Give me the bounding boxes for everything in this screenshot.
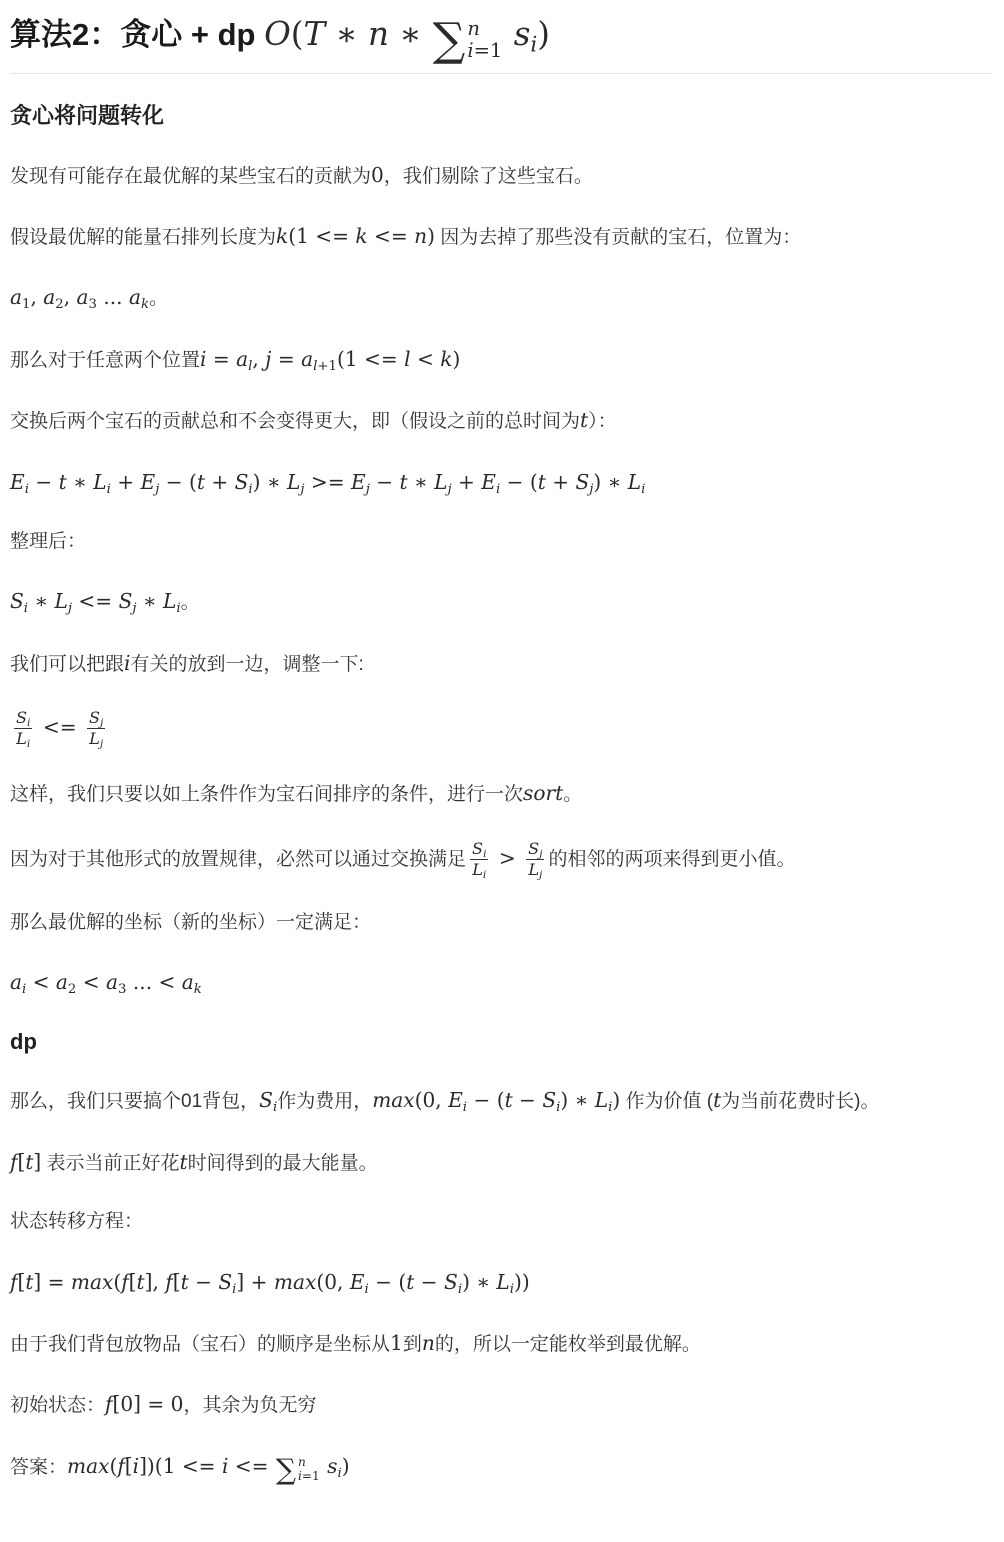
- paragraph: Si ∗ Lj <= Sj ∗ Li。: [10, 585, 992, 618]
- text-run: 时间得到的最大能量。: [188, 1153, 378, 1174]
- paragraph: Ei − t ∗ Li + Ej − (t + Si) ∗ Lj >= Ej −…: [10, 466, 992, 499]
- paragraph: 我们可以把跟i有关的放到一边，调整一下:: [10, 647, 992, 680]
- math-expression: n: [422, 1331, 435, 1355]
- text-run: 作为费用，: [277, 1091, 372, 1112]
- text-run: 作为价值 (: [620, 1091, 713, 1112]
- text-run: 因为去掉了那些没有贡献的宝石，位置为：: [435, 227, 801, 248]
- text-run: ，我们剔除了这些宝石。: [384, 166, 593, 187]
- article: 贪心将问题转化发现有可能存在最优解的某些宝石的贡献为0，我们剔除了这些宝石。假设…: [10, 102, 992, 1484]
- math-expression: max(0, Ei − (t − Si) ∗ Li): [372, 1088, 620, 1112]
- paragraph: 那么，我们只要搞个01背包，Si作为费用，max(0, Ei − (t − Si…: [10, 1084, 992, 1117]
- text-run: 假设最优解的能量石排列长度为: [10, 227, 276, 248]
- math-expression: 0: [371, 163, 384, 187]
- text-run: 。: [181, 592, 200, 613]
- page-title-text: 算法2：贪心 + dp: [10, 17, 264, 52]
- text-run: 。: [563, 784, 582, 805]
- text-run: 交换后两个宝石的贡献总和不会变得更大，即（假设之前的总时间为: [10, 411, 580, 432]
- math-expression: Ei − t ∗ Li + Ej − (t + Si) ∗ Lj >= Ej −…: [10, 470, 645, 494]
- paragraph: 状态转移方程：: [10, 1207, 992, 1237]
- paragraph: a1, a2, a3 ... ak。: [10, 281, 992, 314]
- paragraph: 整理后：: [10, 527, 992, 557]
- paragraph: f[t] 表示当前正好花t时间得到的最大能量。: [10, 1146, 992, 1179]
- math-expression: sort: [523, 781, 563, 805]
- math-expression: ai < a2 < a3 ... < ak: [10, 970, 202, 994]
- math-expression: SiLi <= SjLj: [10, 715, 109, 739]
- text-run: 那么最优解的坐标（新的坐标）一定满足：: [10, 912, 371, 933]
- text-run: 那么，我们只要搞个01背包，: [10, 1091, 259, 1112]
- text-run: 发现有可能存在最优解的某些宝石的贡献为: [10, 166, 371, 187]
- text-run: 我们可以把跟: [10, 654, 124, 675]
- paragraph: SiLi <= SjLj: [10, 708, 992, 749]
- text-run: 状态转移方程：: [10, 1211, 143, 1232]
- text-run: ，其余为负无穷: [183, 1395, 316, 1416]
- math-expression: f[0] = 0: [105, 1392, 183, 1416]
- text-run: 。: [149, 288, 168, 309]
- text-run: ）：: [588, 411, 617, 432]
- math-expression: 1: [390, 1331, 403, 1355]
- paragraph: 由于我们背包放物品（宝石）的顺序是坐标从1到n的，所以一定能枚举到最优解。: [10, 1327, 992, 1360]
- text-run: 表示当前正好花: [41, 1153, 179, 1174]
- paragraph: 交换后两个宝石的贡献总和不会变得更大，即（假设之前的总时间为t）：: [10, 404, 992, 437]
- paragraph: 这样，我们只要以如上条件作为宝石间排序的条件，进行一次sort。: [10, 777, 992, 810]
- text-run: 因为对于其他形式的放置规律，必然可以通过交换满足: [10, 849, 466, 870]
- text-run: 这样，我们只要以如上条件作为宝石间排序的条件，进行一次: [10, 784, 523, 805]
- section-heading: dp: [10, 1028, 992, 1057]
- page-title-complexity-math: O(T ∗ n ∗ ∑ni=1 si): [264, 15, 550, 53]
- math-expression: k(1 <= k <= n): [276, 224, 435, 248]
- text-run: 到: [403, 1334, 422, 1355]
- math-expression: SiLi > SjLj: [466, 846, 548, 870]
- paragraph: 发现有可能存在最优解的某些宝石的贡献为0，我们剔除了这些宝石。: [10, 159, 992, 192]
- paragraph: 因为对于其他形式的放置规律，必然可以通过交换满足SiLi > SjLj的相邻的两…: [10, 839, 992, 880]
- section-heading: 贪心将问题转化: [10, 102, 992, 131]
- page-title: 算法2：贪心 + dp O(T ∗ n ∗ ∑ni=1 si): [10, 12, 992, 74]
- text-run: 初始状态：: [10, 1395, 105, 1416]
- paragraph: 假设最优解的能量石排列长度为k(1 <= k <= n) 因为去掉了那些没有贡献…: [10, 220, 992, 253]
- text-run: 的，所以一定能枚举到最优解。: [435, 1334, 701, 1355]
- paragraph: 那么最优解的坐标（新的坐标）一定满足：: [10, 908, 992, 938]
- text-run: 答案：: [10, 1457, 67, 1478]
- text-run: 贪心将问题转化: [10, 103, 164, 128]
- math-expression: i = al, j = al+1(1 <= l < k): [200, 347, 460, 371]
- text-run: 有关的放到一边，调整一下:: [130, 654, 363, 675]
- paragraph: 答案：max(f[i])(1 <= i <= ∑ni=1 si): [10, 1450, 992, 1485]
- math-expression: t: [180, 1150, 188, 1174]
- math-expression: t: [713, 1088, 721, 1112]
- text-run: 那么对于任意两个位置: [10, 350, 200, 371]
- text-run: 由于我们背包放物品（宝石）的顺序是坐标从: [10, 1334, 390, 1355]
- paragraph: ai < a2 < a3 ... < ak: [10, 966, 992, 999]
- paragraph: f[t] = max(f[t], f[t − Si] + max(0, Ei −…: [10, 1266, 992, 1299]
- text-run: 为当前花费时长)。: [721, 1091, 879, 1112]
- math-expression: f[t]: [10, 1150, 41, 1174]
- math-expression: max(f[i])(1 <= i <= ∑ni=1 si): [67, 1454, 350, 1478]
- math-expression: f[t] = max(f[t], f[t − Si] + max(0, Ei −…: [10, 1270, 530, 1294]
- paragraph: 那么对于任意两个位置i = al, j = al+1(1 <= l < k): [10, 343, 992, 376]
- text-run: 的相邻的两项来得到更小值。: [548, 849, 795, 870]
- math-expression: a1, a2, a3 ... ak: [10, 285, 149, 309]
- math-expression: Si: [259, 1088, 277, 1112]
- paragraph: 初始状态：f[0] = 0，其余为负无穷: [10, 1388, 992, 1421]
- text-run: 整理后：: [10, 531, 86, 552]
- math-expression: t: [580, 408, 588, 432]
- text-run: dp: [10, 1029, 37, 1054]
- page: { "page": { "background": "#ffffff", "te…: [0, 0, 1004, 1542]
- math-expression: Si ∗ Lj <= Sj ∗ Li: [10, 589, 181, 613]
